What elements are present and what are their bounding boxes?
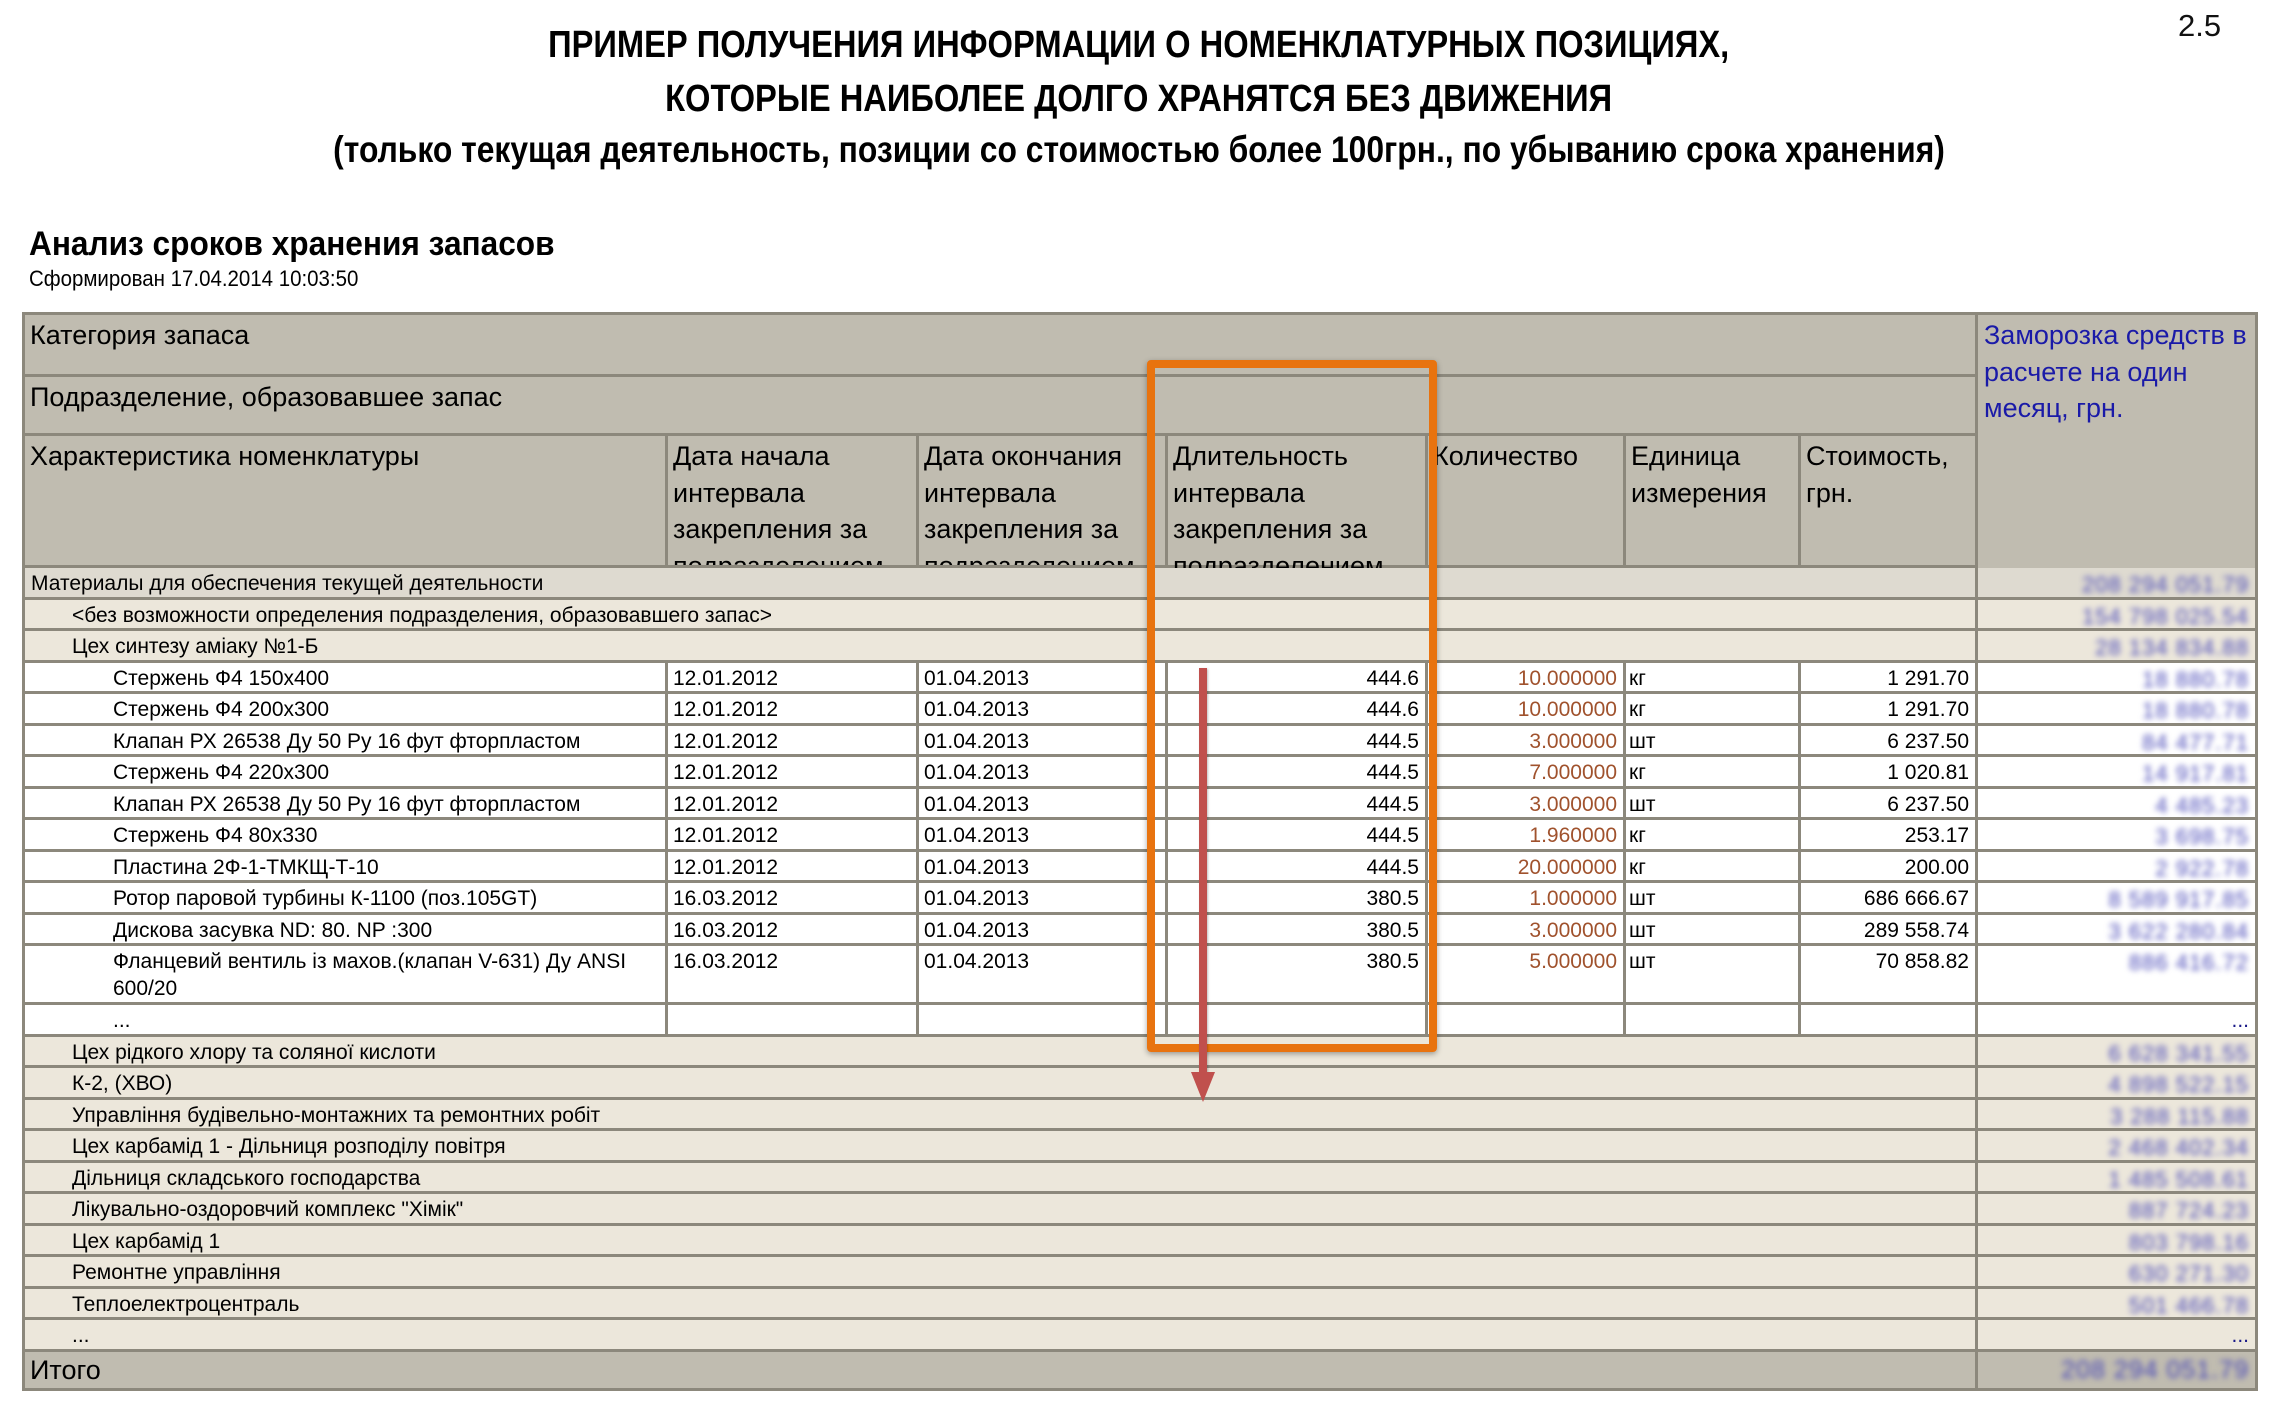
start-date: 12.01.2012 (665, 757, 916, 786)
slide-title-line-3: (только текущая деятельность, позиции со… (0, 129, 2278, 171)
table-row[interactable]: Стержень Ф4 80x330 12.01.2012 01.04.2013… (25, 820, 2255, 852)
freeze-value: 886 416.72 (1975, 946, 2255, 1002)
header-category: Категория запаса (25, 315, 1975, 374)
header-row-division: Подразделение, образовавшее запас (25, 377, 2255, 436)
end-date: 01.04.2013 (916, 915, 1165, 944)
group-label: Цех карбамід 1 - Дільниця розподілу пові… (25, 1131, 1975, 1160)
cost: 200.00 (1798, 852, 1975, 881)
item-name: Пластина 2Ф-1-ТМКЩ-Т-10 (25, 852, 665, 881)
freeze-value: 18 880.78 (1975, 663, 2255, 692)
freeze-value: 4 898 522.15 (1975, 1068, 2255, 1097)
item-name: Стержень Ф4 200x300 (25, 694, 665, 723)
group-label: Материалы для обеспечения текущей деятел… (25, 568, 1975, 597)
group-label: К-2, (ХВО) (25, 1068, 1975, 1097)
cost: 1 291.70 (1798, 663, 1975, 692)
table-row[interactable]: Дискова засувка ND: 80. NP :300 16.03.20… (25, 915, 2255, 947)
quantity: 10.000000 (1425, 694, 1623, 723)
item-name: Клапан РХ 26538 Ду 50 Ру 16 фут фторплас… (25, 789, 665, 818)
unit: кг (1623, 694, 1798, 723)
freeze-value: 2 922.78 (1975, 852, 2255, 881)
cost: 289 558.74 (1798, 915, 1975, 944)
table-row[interactable]: Стержень Ф4 150x400 12.01.2012 01.04.201… (25, 663, 2255, 695)
end-date: 01.04.2013 (916, 757, 1165, 786)
end-date: 01.04.2013 (916, 663, 1165, 692)
end-date: 01.04.2013 (916, 946, 1165, 1002)
freeze-value: 501 466.78 (1975, 1289, 2255, 1318)
start-date: 16.03.2012 (665, 883, 916, 912)
group-row-division[interactable]: Управління будівельно-монтажних та ремон… (25, 1100, 2255, 1132)
quantity: 1.960000 (1425, 820, 1623, 849)
freeze-value: 14 917.81 (1975, 757, 2255, 786)
table-row[interactable]: Клапан РХ 26538 Ду 50 Ру 16 фут фторплас… (25, 789, 2255, 821)
header-nomenclature: Характеристика номенклатуры (25, 436, 665, 565)
group-label: Ремонтне управління (25, 1257, 1975, 1286)
sort-descending-arrow-icon (1199, 668, 1207, 1078)
group-row-division[interactable]: <без возможности определения подразделен… (25, 600, 2255, 632)
freeze-value: 3 698.75 (1975, 820, 2255, 849)
quantity: 3.000000 (1425, 726, 1623, 755)
cost: 6 237.50 (1798, 726, 1975, 755)
group-row-division[interactable]: Цех карбамід 1 - Дільниця розподілу пові… (25, 1131, 2255, 1163)
ellipsis: ... (25, 1320, 1975, 1349)
report-generated-stamp: Сформирован 17.04.2014 10:03:50 (29, 266, 383, 292)
end-date: 01.04.2013 (916, 789, 1165, 818)
group-row-division[interactable]: Цех карбамід 1 803 798.16 (25, 1226, 2255, 1258)
start-date: 12.01.2012 (665, 820, 916, 849)
freeze-value: 3 622 280.84 (1975, 915, 2255, 944)
group-label: Цех карбамід 1 (25, 1226, 1975, 1255)
group-row-division[interactable]: Ремонтне управління 630 271.30 (25, 1257, 2255, 1289)
group-label: Управління будівельно-монтажних та ремон… (25, 1100, 1975, 1129)
group-row-division[interactable]: Цех синтезу аміаку №1-Б 28 134 834.88 (25, 631, 2255, 663)
unit: кг (1623, 820, 1798, 849)
group-label: Цех рідкого хлору та соляної кислоти (25, 1037, 1975, 1066)
group-row-category[interactable]: Материалы для обеспечения текущей деятел… (25, 568, 2255, 600)
freeze-value: 84 477.71 (1975, 726, 2255, 755)
freeze-value: 4 485.23 (1975, 789, 2255, 818)
group-row-division[interactable]: К-2, (ХВО) 4 898 522.15 (25, 1068, 2255, 1100)
table-row[interactable]: Ротор паровой турбины К-1100 (поз.105GT)… (25, 883, 2255, 915)
item-name: Дискова засувка ND: 80. NP :300 (25, 915, 665, 944)
unit: шт (1623, 789, 1798, 818)
header-division: Подразделение, образовавшее запас (25, 377, 1975, 433)
item-name: Клапан РХ 26538 Ду 50 Ру 16 фут фторплас… (25, 726, 665, 755)
start-date: 12.01.2012 (665, 789, 916, 818)
header-start-date: Дата начала интервала закрепления за под… (665, 436, 916, 565)
table-row[interactable]: Пластина 2Ф-1-ТМКЩ-Т-10 12.01.2012 01.04… (25, 852, 2255, 884)
cost: 253.17 (1798, 820, 1975, 849)
cost: 6 237.50 (1798, 789, 1975, 818)
quantity: 3.000000 (1425, 915, 1623, 944)
item-name: Стержень Ф4 220x300 (25, 757, 665, 786)
start-date: 12.01.2012 (665, 726, 916, 755)
arrow-head-icon (1191, 1072, 1215, 1102)
table-row-ellipsis: ... ... (25, 1005, 2255, 1037)
group-label: Дільниця складського господарства (25, 1163, 1975, 1192)
group-row-division[interactable]: Дільниця складського господарства 1 485 … (25, 1163, 2255, 1195)
freeze-value: 154 798 025.54 (1975, 600, 2255, 629)
group-row-ellipsis: ... ... (25, 1320, 2255, 1352)
start-date: 12.01.2012 (665, 852, 916, 881)
total-freeze: 208 294 051.79 (1975, 1352, 2255, 1388)
slide-title-line-2: КОТОРЫЕ НАИБОЛЕЕ ДОЛГО ХРАНЯТСЯ БЕЗ ДВИЖ… (0, 78, 2278, 121)
ellipsis: ... (1975, 1320, 2255, 1349)
header-quantity: Количество (1425, 436, 1623, 565)
end-date: 01.04.2013 (916, 694, 1165, 723)
quantity: 3.000000 (1425, 789, 1623, 818)
freeze-value: 630 271.30 (1975, 1257, 2255, 1286)
quantity: 5.000000 (1425, 946, 1623, 1002)
group-row-division[interactable]: Теплоелектроцентраль 501 466.78 (25, 1289, 2255, 1321)
unit: кг (1623, 663, 1798, 692)
group-label: Лікувально-оздоровчий комплекс "Хімік" (25, 1194, 1975, 1223)
freeze-value: 208 294 051.79 (1975, 568, 2255, 597)
end-date: 01.04.2013 (916, 852, 1165, 881)
header-row-category: Категория запаса (25, 315, 2255, 377)
item-name: Стержень Ф4 150x400 (25, 663, 665, 692)
start-date: 12.01.2012 (665, 694, 916, 723)
table-row[interactable]: Фланцевий вентиль із махов.(клапан V-631… (25, 946, 2255, 1005)
item-name: Ротор паровой турбины К-1100 (поз.105GT) (25, 883, 665, 912)
unit: шт (1623, 726, 1798, 755)
header-cost: Стоимость, грн. (1798, 436, 1975, 565)
table-row[interactable]: Клапан РХ 26538 Ду 50 Ру 16 фут фторплас… (25, 726, 2255, 758)
end-date: 01.04.2013 (916, 820, 1165, 849)
item-name: Стержень Ф4 80x330 (25, 820, 665, 849)
freeze-value: 28 134 834.88 (1975, 631, 2255, 660)
freeze-value: 1 485 508.61 (1975, 1163, 2255, 1192)
cost: 1 291.70 (1798, 694, 1975, 723)
freeze-value: 3 288 115.88 (1975, 1100, 2255, 1129)
unit: шт (1623, 915, 1798, 944)
start-date: 12.01.2012 (665, 663, 916, 692)
end-date: 01.04.2013 (916, 726, 1165, 755)
freeze-value: 887 724.23 (1975, 1194, 2255, 1223)
header-end-date: Дата окончания интервала закрепления за … (916, 436, 1165, 565)
quantity: 10.000000 (1425, 663, 1623, 692)
freeze-value: 6 628 341.55 (1975, 1037, 2255, 1066)
freeze-value: 803 798.16 (1975, 1226, 2255, 1255)
group-label: <без возможности определения подразделен… (25, 600, 1975, 629)
report-table: Категория запаса Подразделение, образова… (22, 312, 2258, 1391)
freeze-value: 18 880.78 (1975, 694, 2255, 723)
start-date: 16.03.2012 (665, 915, 916, 944)
end-date: 01.04.2013 (916, 883, 1165, 912)
report-title: Анализ сроков хранения запасов (29, 225, 594, 264)
ellipsis: ... (25, 1005, 665, 1034)
quantity: 20.000000 (1425, 852, 1623, 881)
cost: 1 020.81 (1798, 757, 1975, 786)
freeze-value: 8 589 917.85 (1975, 883, 2255, 912)
cost: 686 666.67 (1798, 883, 1975, 912)
header-duration: Длительность интервала закрепления за по… (1165, 436, 1425, 586)
quantity: 1.000000 (1425, 883, 1623, 912)
group-row-division[interactable]: Цех рідкого хлору та соляної кислоти 6 6… (25, 1037, 2255, 1069)
group-label: Теплоелектроцентраль (25, 1289, 1975, 1318)
freeze-value: 2 468 402.34 (1975, 1131, 2255, 1160)
total-label: Итого (25, 1352, 1975, 1388)
group-label: Цех синтезу аміаку №1-Б (25, 631, 1975, 660)
unit: шт (1623, 883, 1798, 912)
group-row-division[interactable]: Лікувально-оздоровчий комплекс "Хімік" 8… (25, 1194, 2255, 1226)
table-row[interactable]: Стержень Ф4 200x300 12.01.2012 01.04.201… (25, 694, 2255, 726)
unit: шт (1623, 946, 1798, 1002)
ellipsis: ... (1975, 1005, 2255, 1034)
unit: кг (1623, 852, 1798, 881)
total-row: Итого 208 294 051.79 (25, 1352, 2255, 1388)
header-unit: Единица измерения (1623, 436, 1798, 565)
slide-title-line-1: ПРИМЕР ПОЛУЧЕНИЯ ИНФОРМАЦИИ О НОМЕНКЛАТУ… (0, 24, 2278, 67)
cost: 70 858.82 (1798, 946, 1975, 1002)
table-row[interactable]: Стержень Ф4 220x300 12.01.2012 01.04.201… (25, 757, 2255, 789)
start-date: 16.03.2012 (665, 946, 916, 1002)
unit: кг (1623, 757, 1798, 786)
header-row-columns: Характеристика номенклатуры Дата начала … (25, 436, 2255, 568)
item-name: Фланцевий вентиль із махов.(клапан V-631… (25, 946, 665, 1002)
quantity: 7.000000 (1425, 757, 1623, 786)
